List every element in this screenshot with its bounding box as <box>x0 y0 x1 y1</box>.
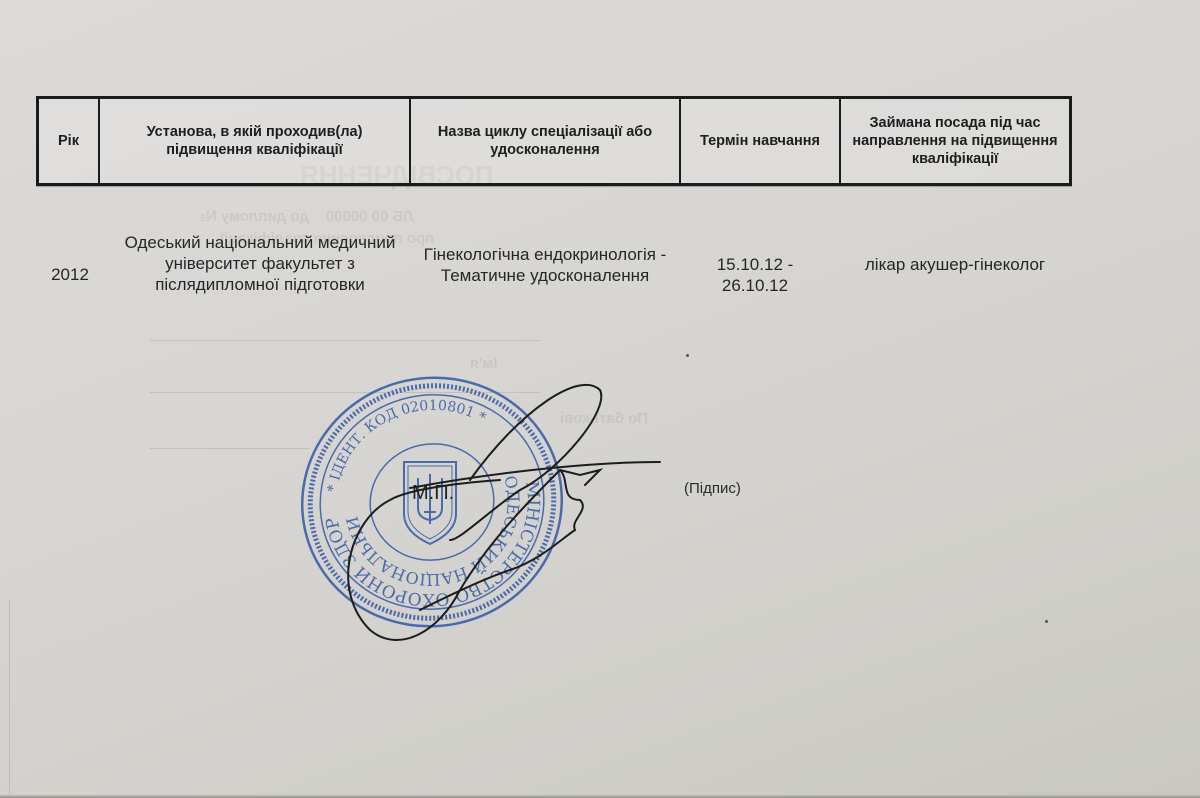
row-cycle: Гінекологічна ендокринологія - Тематичне… <box>410 244 680 286</box>
signature <box>330 370 670 660</box>
header-cycle: Назва циклу спеціалізації або удосконале… <box>411 99 681 183</box>
ghost-text: ЛБ 00 00000 до диплому № <box>200 208 414 225</box>
signature-label: (Підпис) <box>684 480 741 497</box>
ghost-line <box>150 340 540 341</box>
qualification-table-header: Рік Установа, в якій проходив(ла) підвищ… <box>36 96 1072 186</box>
header-term: Термін навчання <box>681 99 841 183</box>
header-year: Рік <box>39 99 100 183</box>
header-position: Займана посада під час направлення на пі… <box>841 99 1069 183</box>
ghost-line <box>150 448 310 449</box>
page-edge <box>9 600 10 798</box>
row-term: 15.10.12 - 26.10.12 <box>690 254 820 296</box>
row-position: лікар акушер-гінеколог <box>840 254 1070 275</box>
row-year: 2012 <box>40 264 100 285</box>
row-institution: Одеський національний медичний університ… <box>120 232 400 295</box>
paper-speck <box>1045 620 1048 623</box>
paper-speck <box>686 354 689 357</box>
header-institution: Установа, в якій проходив(ла) підвищення… <box>100 99 411 183</box>
